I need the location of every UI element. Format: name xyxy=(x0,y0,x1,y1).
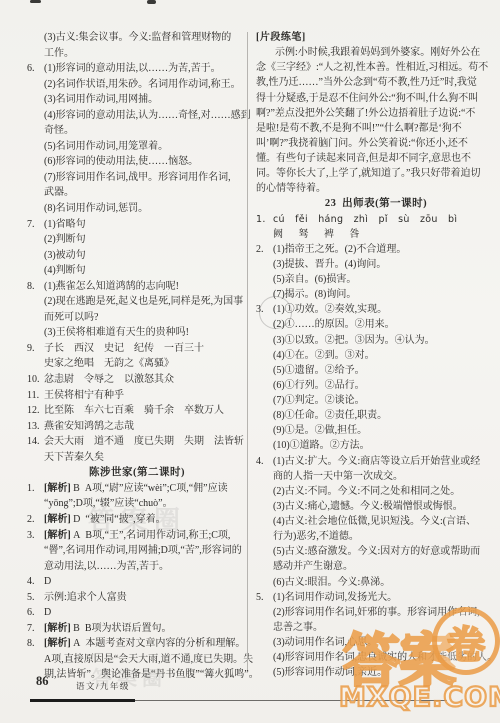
answer-line: (6)古义:眼泪。今义:鼻涕。 xyxy=(256,575,496,590)
answer-line: 的心情等待着。 xyxy=(256,181,496,196)
answer-line: (10)①道路。②方法。 xyxy=(256,438,496,453)
item-number: 13. xyxy=(27,419,40,435)
answer-line: 奇怪。 xyxy=(27,123,247,139)
answer-line: 啊?”差点没把外公笑翻了!外公边捂着肚子边说:“不 xyxy=(256,106,496,121)
answer-line: 2.(1)指帝王之死。(2)不合道理。 xyxy=(256,242,496,257)
answer-line: (2)现在逃跑是死,起义也是死,同样是死,为国事 xyxy=(27,294,247,310)
answer-line: 1.[解析] B A项,“尉”应读“wèi”;C项,“佣”应读 xyxy=(27,481,247,497)
right-column: [片段练笔]示例:小时候,我跟着妈妈到外婆家。刚好外公在念《三字经》:“人之初,… xyxy=(256,30,496,680)
answer-line: (3)被动句 xyxy=(27,248,247,264)
answer-line: 2.[解析] D “被”同“披”,穿着。 xyxy=(27,512,247,528)
answer-line: “罾”,名词用作动词,用网捕;D项,“苦”,形容词的 xyxy=(27,543,247,559)
section-heading: 陈涉世家(第二课时) xyxy=(27,465,247,481)
answer-line: 7.[解析] B B项为状语后置句。 xyxy=(27,621,247,637)
answer-line: 11.王侯将相宁有种乎 xyxy=(27,388,247,404)
answer-line: 期,法皆斩”。舆论准备是“丹书鱼腹”“篝火狐鸣”。 xyxy=(27,667,247,683)
answer-line: 8.[解析] A 本题考查对文章内容的分析和理解。 xyxy=(27,636,247,652)
answer-line: (2)①……的原因。②用来。 xyxy=(256,317,496,332)
answer-line: (6)形容词的使动用法,使……恼怒。 xyxy=(27,154,247,170)
answer-line: (9)①是。②做,担任。 xyxy=(256,423,496,438)
answer-line: (3)名词用作动词,用网捕。 xyxy=(27,92,247,108)
answer-line: 忠善之事。 xyxy=(256,620,496,635)
answer-line: 得十分疑惑,于是忍不住问外公:“狗不叫,什么狗不叫 xyxy=(256,91,496,106)
item-number: 10. xyxy=(27,372,40,388)
answer-line: 12.比至陈 车六七百乘 骑千余 卒数万人 xyxy=(27,403,247,419)
item-number: 1. xyxy=(27,481,35,497)
answer-line: 叫’啊?”我挠着脑门问。外公笑着说:“你还小,还不 xyxy=(256,136,496,151)
item-number: 5. xyxy=(256,590,264,605)
answer-line: 史家之绝唱 无韵之《离骚》 xyxy=(27,356,247,372)
item-number: 6. xyxy=(27,61,35,77)
answer-line: (5)①遗留。②给予。 xyxy=(256,363,496,378)
answer-line: (3)提拔、晋升。(4)询问。 xyxy=(256,257,496,272)
section-label: [片段练笔] xyxy=(256,30,496,45)
item-number: 12. xyxy=(27,403,40,419)
answer-line: (4)①在。②到。③对。 xyxy=(256,348,496,363)
section-heading: 23 出师表(第一课时) xyxy=(256,196,496,211)
scanned-answer-page: (3)古义:集会议事。今义:监督和管理财物的工作。6.(1)形容词的意动用法,以… xyxy=(0,0,500,723)
answer-line: 3.(1)①功效。②奏效,实现。 xyxy=(256,302,496,317)
answer-line: (8)名词用作动词,惩罚。 xyxy=(27,201,247,217)
answer-line: (5)亲自。(6)损害。 xyxy=(256,272,496,287)
answer-line: (5)古义:感奋激发。今义:因对方的好意或帮助而 xyxy=(256,544,496,559)
answer-line: 3.[解析] A B项,“王”,名词用作动词,称王;C项, xyxy=(27,528,247,544)
answer-line: (7)揭示。(8)询问。 xyxy=(256,287,496,302)
answer-line: (3)动词用作名词,心思。 xyxy=(256,635,496,650)
answer-line: (3)①以致。②把。③因为。④认为。 xyxy=(256,333,496,348)
item-number: 3. xyxy=(27,528,35,544)
item-number: 8. xyxy=(27,279,35,295)
answer-line: (8)①任命。②责任,职责。 xyxy=(256,408,496,423)
answer-line: (4)形容词用作名词,忠良诚实的人和才能低劣的人。 xyxy=(256,650,496,665)
left-column: (3)古义:集会议事。今义:监督和管理财物的工作。6.(1)形容词的意动用法,以… xyxy=(27,30,247,683)
answer-line: 14.会天大雨 道不通 度已失期 失期 法皆斩 xyxy=(27,434,247,450)
answer-line: 阙 驽 裨 咎 xyxy=(256,227,496,242)
answer-line: 13.燕雀安知鸿鹄之志哉 xyxy=(27,419,247,435)
analysis-tag: [解析] xyxy=(44,514,71,525)
answer-line: 9.子长 西汉 史记 纪传 一百三十 xyxy=(27,341,247,357)
answer-line: (4)古义:社会地位低微,见识短浅。今义:(言语、 xyxy=(256,514,496,529)
answer-line: 懂。有些句子读起来同音,但是却不同字,意思也不 xyxy=(256,151,496,166)
answer-line: (5)名词用作动词,用笼罩着。 xyxy=(27,139,247,155)
column-divider xyxy=(247,32,248,670)
answer-line: 5.(1)名词用作动词,发扬光大。 xyxy=(256,590,496,605)
item-number: 2. xyxy=(27,512,35,528)
answer-line: 工作。 xyxy=(27,46,247,62)
answer-line: (5)形容词用作动词,亲近。 xyxy=(256,665,496,680)
item-number: 1. xyxy=(256,212,266,227)
answer-line: 而死可以吗? xyxy=(27,310,247,326)
footer-rule-thick xyxy=(30,699,135,702)
answer-line: (2)名词作状语,用朱砂。名词用作动词,称王。 xyxy=(27,77,247,93)
answer-line: (3)古义:痛心,遗憾。今义:极端憎恨或悔恨。 xyxy=(256,499,496,514)
answer-line: 1.cú fěi háng zhì pǐ sù zōu bì xyxy=(256,212,496,227)
answer-line: “yōng”;D项,“辍”应读“chuò”。 xyxy=(27,496,247,512)
item-number: 2. xyxy=(256,242,264,257)
scan-speck xyxy=(30,0,41,3)
answer-line: 同。等你长大了,上学了,就知道了。”我只好带着迫切 xyxy=(256,166,496,181)
item-number: 5. xyxy=(27,590,35,606)
footer-subject-label: 语文/九年级 xyxy=(76,680,130,692)
analysis-tag: [解析] xyxy=(44,483,71,494)
answer-line: 6.D xyxy=(27,605,247,621)
item-number: 6. xyxy=(27,605,35,621)
item-number: 8. xyxy=(27,636,35,652)
answer-line: 4.(1)古义:扩大。今义:商店等设立后开始营业或经 xyxy=(256,454,496,469)
analysis-tag: [解析] xyxy=(44,638,71,649)
answer-line: 4.D xyxy=(27,574,247,590)
answer-line: (6)①行列。②品行。 xyxy=(256,378,496,393)
item-number: 11. xyxy=(27,388,39,404)
watermark-site-text: MXQE.COM xyxy=(339,682,500,713)
item-number: 7. xyxy=(27,217,35,233)
item-number: 7. xyxy=(27,621,35,637)
item-number: 4. xyxy=(256,454,264,469)
answer-line: (7)形容词用作名词,战甲。形容词用作名词, xyxy=(27,170,247,186)
answer-line: 示例:小时候,我跟着妈妈到外婆家。刚好外公在 xyxy=(256,45,496,60)
answer-line: (2)古义:不同。今义:不同之处和相同之处。 xyxy=(256,484,496,499)
answer-line: 天下苦秦久矣 xyxy=(27,450,247,466)
answer-line: 感动并产生谢意。 xyxy=(256,559,496,574)
analysis-tag: [解析] xyxy=(44,530,71,541)
answer-line: 意动用法,以……为苦,苦于。 xyxy=(27,559,247,575)
analysis-tag: [解析] xyxy=(44,623,71,634)
answer-line: (3)古义:集会议事。今义:监督和管理财物的 xyxy=(27,30,247,46)
item-number: 4. xyxy=(27,574,35,590)
answer-line: (2)判断句 xyxy=(27,232,247,248)
answer-line: 6.(1)形容词的意动用法,以……为苦,苦于。 xyxy=(27,61,247,77)
answer-line: (7)①判定。②谈论。 xyxy=(256,393,496,408)
answer-line: (4)判断句 xyxy=(27,263,247,279)
answer-line: 8.(1)燕雀怎么知道鸿鹄的志向呢! xyxy=(27,279,247,295)
answer-line: 武器。 xyxy=(27,185,247,201)
answer-line: (4)形容词的意动用法,认为……奇怪,对……感到 xyxy=(27,108,247,124)
answer-line: 10.忿恚尉 令辱之 以激怒其众 xyxy=(27,372,247,388)
answer-line: 行为)恶劣,不道德。 xyxy=(256,529,496,544)
answer-line: 5.示例:追求个人富贵 xyxy=(27,590,247,606)
item-number: 9. xyxy=(27,341,35,357)
answer-line: (2)形容词用作名词,奸邪的事。形容词用作名词, xyxy=(256,605,496,620)
scan-speck xyxy=(147,0,156,4)
item-number: 14. xyxy=(27,434,40,450)
answer-line: 念《三字经》:“人之初,性本善。性相近,习相远。苟不 xyxy=(256,60,496,75)
footer-rule-thin xyxy=(135,700,447,701)
answer-line: (3)王侯将相难道有天生的贵种吗! xyxy=(27,325,247,341)
answer-line: 是啦!是苟不教,不是狗不叫!”“什么啊?都是‘狗不 xyxy=(256,121,496,136)
answer-line: 7.(1)省略句 xyxy=(27,217,247,233)
answer-line: 教,性乃迁……”当外公念到“苟不教,性乃迁”时,我觉 xyxy=(256,75,496,90)
page-number: 86 xyxy=(36,674,49,689)
answer-line: A项,直接原因是“会天大雨,道不通,度已失期。失 xyxy=(27,652,247,668)
answer-line: 商的人指一天中第一次成交。 xyxy=(256,469,496,484)
